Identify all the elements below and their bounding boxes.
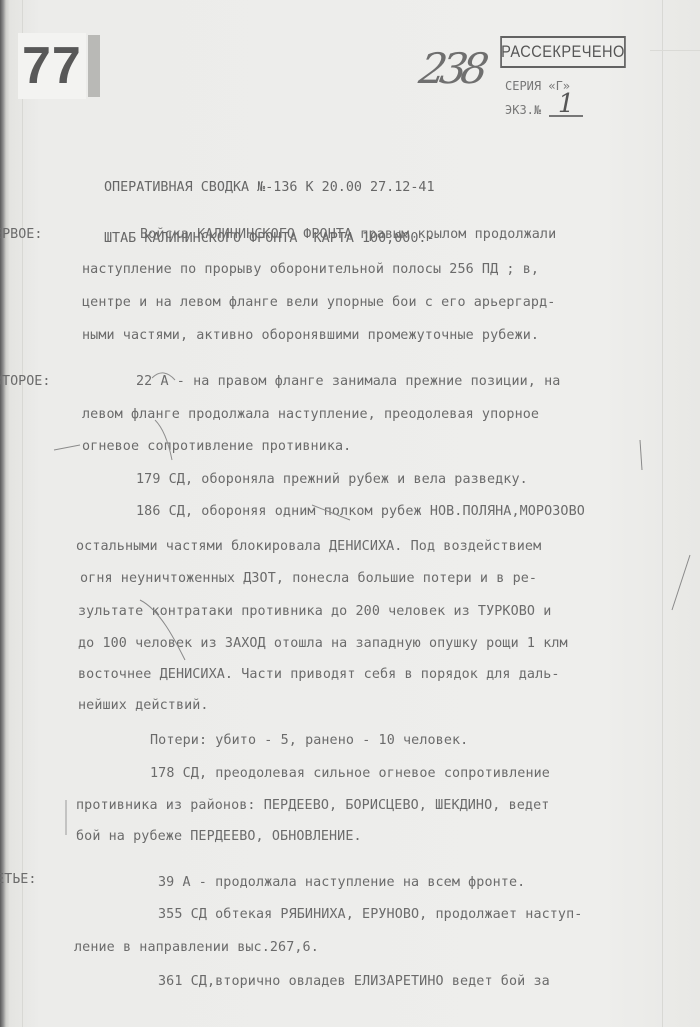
- series-block: СЕРИЯ «Г» ЭКЗ.№ 1: [505, 79, 583, 117]
- copy-row: ЭКЗ.№ 1: [505, 93, 583, 117]
- text-line: до 100 человек из ЗАХОД отошла на западн…: [78, 636, 568, 651]
- text-line: зультате контратаки противника до 200 че…: [78, 604, 551, 619]
- document-page: 77 238 РАССЕКРЕЧЕНО СЕРИЯ «Г» ЭКЗ.№ 1 ОП…: [0, 0, 700, 1027]
- text-line: Войска КАЛИНИНСКОГО ФРОНТА правым крылом…: [140, 227, 556, 242]
- text-line: 179 СД, обороняла прежний рубеж и вела р…: [136, 472, 528, 487]
- copy-label: ЭКЗ.№: [505, 103, 541, 117]
- text-line: 22 А - на правом фланге занимала прежние…: [136, 374, 560, 389]
- page-number-stamp: 77: [18, 32, 100, 100]
- text-line: остальными частями блокировала ДЕНИСИХА.…: [76, 539, 541, 554]
- text-line: огневое сопротивление противника.: [82, 439, 351, 454]
- text-line: противника из районов: ПЕРДЕЕВО, БОРИСЦЕ…: [76, 798, 549, 813]
- page-number: 77: [18, 33, 86, 99]
- text-line: 178 СД, преодолевая сильное огневое сопр…: [150, 766, 550, 781]
- text-line: огня неуничтоженных ДЗОТ, понесла больши…: [80, 571, 537, 586]
- text-line: восточнее ДЕНИСИХА. Части приводят себя …: [78, 667, 560, 682]
- text-line: нейших действий.: [78, 698, 209, 713]
- document-heading: ОПЕРАТИВНАЯ СВОДКА №-136 К 20.00 27.12-4…: [104, 145, 435, 281]
- text-line: ление в направлении выс.267,6.: [74, 940, 319, 955]
- text-line: наступление по прорыву оборонительной по…: [82, 262, 539, 277]
- copy-number: 1: [549, 93, 583, 117]
- text-line: 355 СД обтекая РЯБИНИХА, ЕРУНОВО, продол…: [158, 907, 582, 922]
- section-label-third: ТРЕТЬЕ:: [0, 872, 36, 887]
- heading-line-1: ОПЕРАТИВНАЯ СВОДКА №-136 К 20.00 27.12-4…: [104, 179, 435, 196]
- text-line: 186 СД, обороняя одним полком рубеж НОВ.…: [136, 504, 585, 519]
- section-label-first: ПЕРВОЕ:: [0, 227, 42, 242]
- text-line: левом фланге продолжала наступление, пре…: [82, 407, 539, 422]
- text-line: центре и на левом фланге вели упорные бо…: [82, 295, 555, 310]
- text-line: 361 СД,вторично овладев ЕЛИЗАРЕТИНО веде…: [158, 974, 550, 989]
- text-line: ными частями, активно оборонявшими проме…: [82, 328, 539, 343]
- fold-line: [662, 0, 663, 1027]
- text-line: 39 А - продолжала наступление на всем фр…: [158, 875, 525, 890]
- rule-line: [650, 50, 700, 51]
- section-label-second: ВТОРОЕ:: [0, 374, 50, 389]
- text-line: Потери: убито - 5, ранено - 10 человек.: [150, 733, 468, 748]
- stamp-shadow: [88, 35, 100, 97]
- declassified-stamp: РАССЕКРЕЧЕНО: [500, 36, 626, 68]
- text-line: бой на рубеже ПЕРДЕЕВО, ОБНОВЛЕНИЕ.: [76, 829, 362, 844]
- handwritten-folio-number: 238: [416, 44, 487, 93]
